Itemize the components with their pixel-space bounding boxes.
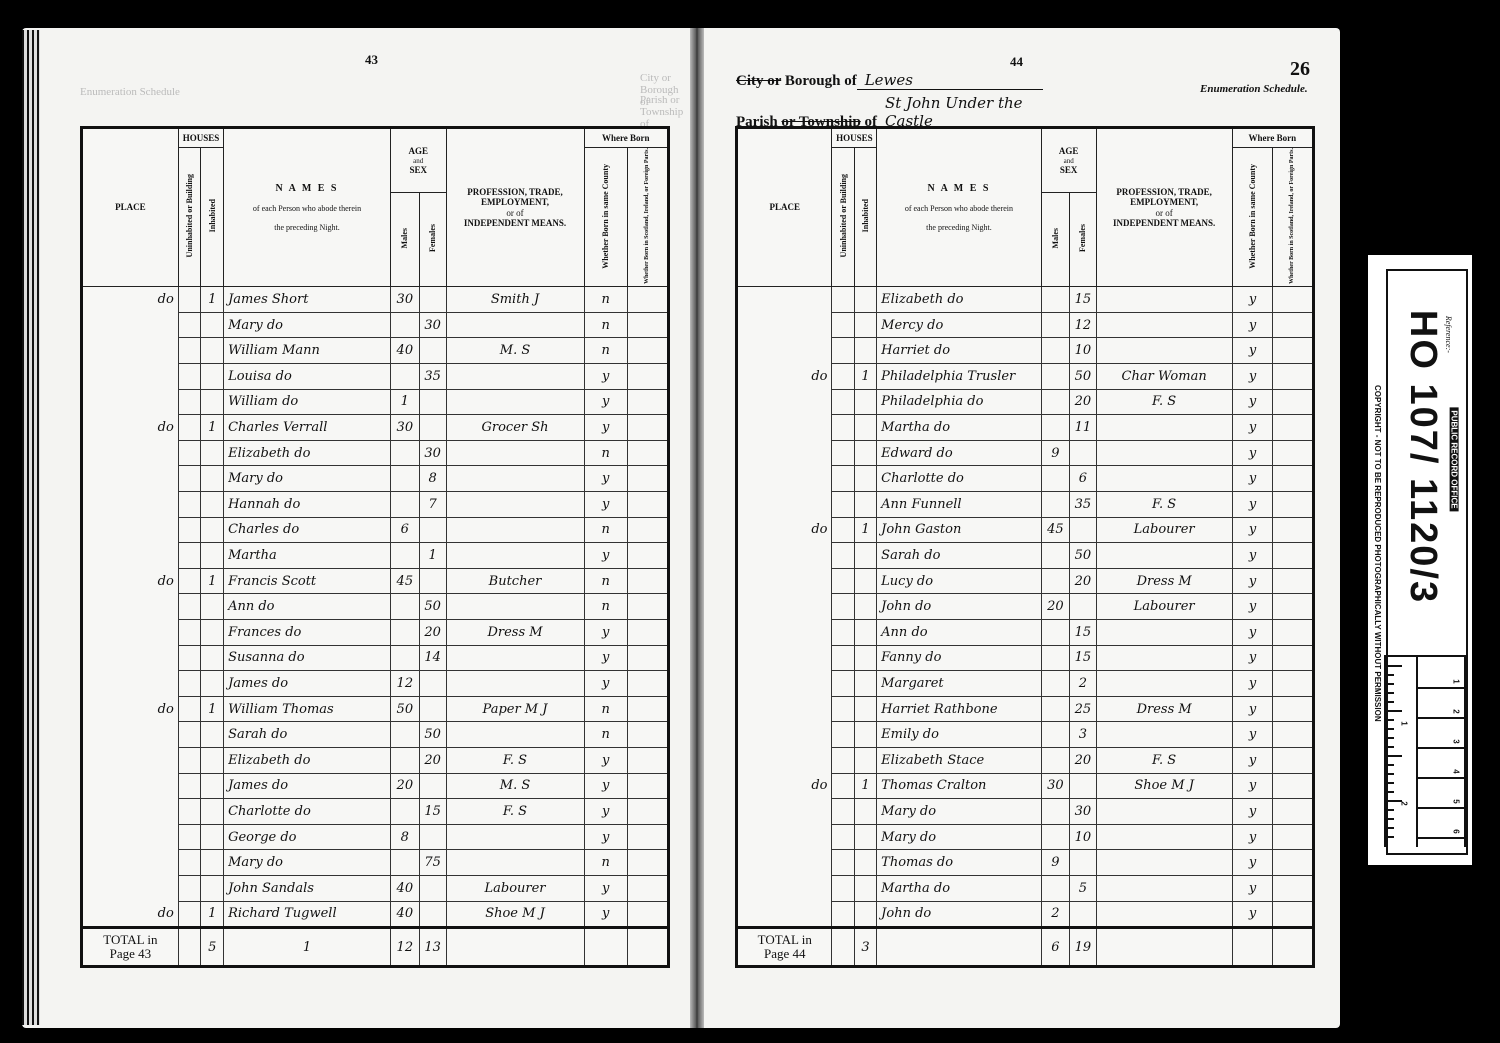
- cell-place: [82, 517, 179, 543]
- ruler-label: 3: [1452, 739, 1461, 743]
- cell-females: [1070, 594, 1096, 620]
- cell-name: William Mann: [224, 338, 391, 364]
- header-names: N A M E S of each Person who abode there…: [224, 128, 391, 287]
- cell-profession: [446, 440, 584, 466]
- cell-females: 30: [1070, 799, 1096, 825]
- cell-inhabited: [201, 594, 224, 620]
- table-row: Philadelphia do20F. Sy: [737, 389, 1314, 415]
- cell-females: 20: [1070, 568, 1096, 594]
- cell-profession: M. S: [446, 338, 584, 364]
- cell-uninhabited: [178, 722, 201, 748]
- cell-uninhabited: [178, 773, 201, 799]
- cell-males: 2: [1041, 901, 1069, 928]
- cell-profession: M. S: [446, 773, 584, 799]
- header-houses: HOUSES: [832, 128, 877, 148]
- cell-females: 20: [419, 619, 446, 645]
- table-row: Elizabeth do30n: [82, 440, 669, 466]
- cell-name: Elizabeth do: [224, 440, 391, 466]
- cell-place: do: [82, 287, 179, 313]
- total-empty: [1232, 928, 1273, 967]
- table-row: do1James Short30Smith Jn: [82, 287, 669, 313]
- cell-inhabited: [201, 773, 224, 799]
- cell-name: Ann Funnell: [877, 492, 1042, 518]
- cell-same-county: y: [1232, 645, 1273, 671]
- cell-same-county: y: [1232, 364, 1273, 390]
- cell-profession: [1096, 466, 1232, 492]
- cell-place: [82, 338, 179, 364]
- cell-same-county: y: [1232, 415, 1273, 441]
- cell-same-county: y: [584, 747, 627, 773]
- ruler-tick: [1386, 773, 1394, 775]
- cell-males: 1: [390, 389, 419, 415]
- cell-name: Martha: [224, 543, 391, 569]
- cell-profession: Grocer Sh: [446, 415, 584, 441]
- cell-place: [82, 364, 179, 390]
- cell-females: 7: [419, 492, 446, 518]
- cell-place: [82, 773, 179, 799]
- cell-uninhabited: [832, 364, 854, 390]
- cell-uninhabited: [178, 338, 201, 364]
- cell-uninhabited: [832, 415, 854, 441]
- cell-females: 75: [419, 850, 446, 876]
- cell-name: Mary do: [224, 312, 391, 338]
- cell-inhabited: 1: [854, 517, 876, 543]
- cell-males: [1041, 824, 1069, 850]
- cell-same-county: y: [584, 799, 627, 825]
- table-row: Emily do3y: [737, 722, 1314, 748]
- cell-females: [419, 671, 446, 697]
- scotland-label: Whether Born in Scotland, Ireland, or Fo…: [1289, 148, 1296, 284]
- cell-females: 25: [1070, 696, 1096, 722]
- cell-scotland: [1273, 619, 1314, 645]
- cell-name: Frances do: [224, 619, 391, 645]
- cell-males: 30: [390, 415, 419, 441]
- cell-profession: Dress M: [446, 619, 584, 645]
- table-row: Harriet Rathbone25Dress My: [737, 696, 1314, 722]
- cell-place: [82, 619, 179, 645]
- males-label: Males: [1051, 228, 1060, 248]
- borough-line: City or Borough ofLewes: [736, 71, 1043, 90]
- prof-3: or of: [1097, 208, 1232, 218]
- table-row: Sarah do50y: [737, 543, 1314, 569]
- table-row: Hannah do7y: [82, 492, 669, 518]
- table-row: Charlotte do6y: [737, 466, 1314, 492]
- table-row: Martha1y: [82, 543, 669, 569]
- cell-scotland: [1273, 773, 1314, 799]
- cell-same-county: y: [584, 364, 627, 390]
- cell-uninhabited: [832, 517, 854, 543]
- cell-same-county: n: [584, 440, 627, 466]
- cell-profession: [446, 364, 584, 390]
- header-uninhabited: Uninhabited or Building: [832, 148, 854, 287]
- inhabited-label: Inhabited: [861, 199, 870, 232]
- cell-males: [1041, 875, 1069, 901]
- cell-uninhabited: [832, 594, 854, 620]
- cell-scotland: [627, 517, 668, 543]
- table-row: Ann do50n: [82, 594, 669, 620]
- cell-same-county: y: [1232, 747, 1273, 773]
- ruler-tick: [1386, 782, 1394, 784]
- cell-same-county: y: [584, 901, 627, 928]
- cell-name: John do: [877, 594, 1042, 620]
- public-record-office: PUBLIC RECORD OFFICE: [1450, 407, 1459, 511]
- cell-scotland: [1273, 415, 1314, 441]
- table-row: William Mann40M. Sn: [82, 338, 669, 364]
- cell-profession: F. S: [446, 799, 584, 825]
- cell-profession: Shoe M J: [446, 901, 584, 928]
- total-empty: [446, 928, 584, 967]
- book-spine-left: [22, 30, 40, 1025]
- cell-place: [82, 466, 179, 492]
- table-row: do1Thomas Cralton30Shoe M Jy: [737, 773, 1314, 799]
- cell-name: Mary do: [224, 850, 391, 876]
- cell-males: [390, 466, 419, 492]
- cell-males: [390, 747, 419, 773]
- cell-inhabited: [854, 850, 876, 876]
- cell-same-county: y: [584, 415, 627, 441]
- census-table-left: PLACE HOUSES N A M E S of each Person wh…: [80, 126, 670, 968]
- cell-inhabited: [854, 543, 876, 569]
- table-row: Sarah do50n: [82, 722, 669, 748]
- cell-same-county: n: [584, 722, 627, 748]
- same-county-label: Whether Born in same County: [601, 164, 610, 269]
- measuring-ruler: 12345612: [1384, 655, 1466, 847]
- cell-name: Emily do: [877, 722, 1042, 748]
- cell-inhabited: [201, 312, 224, 338]
- cell-males: [1041, 799, 1069, 825]
- cell-males: 30: [1041, 773, 1069, 799]
- right-page-number: 44: [1010, 54, 1023, 70]
- cell-inhabited: [854, 492, 876, 518]
- females-label: Females: [428, 224, 437, 252]
- cell-uninhabited: [178, 799, 201, 825]
- cell-inhabited: [854, 645, 876, 671]
- cell-name: Martha do: [877, 415, 1042, 441]
- cell-females: 15: [419, 799, 446, 825]
- cell-males: 8: [390, 824, 419, 850]
- cell-scotland: [627, 875, 668, 901]
- cell-place: [82, 543, 179, 569]
- cell-name: Charles do: [224, 517, 391, 543]
- scotland-label: Whether Born in Scotland, Ireland, or Fo…: [644, 148, 651, 284]
- cell-inhabited: [854, 875, 876, 901]
- cell-inhabited: [854, 696, 876, 722]
- cell-place: [82, 594, 179, 620]
- cell-uninhabited: [178, 568, 201, 594]
- cell-males: 50: [390, 696, 419, 722]
- table-row: Elizabeth Stace20F. Sy: [737, 747, 1314, 773]
- total-label: TOTAL inPage 43: [82, 928, 179, 967]
- census-table-right: PLACE HOUSES N A M E S of each Person wh…: [735, 126, 1315, 968]
- ruler-label: 1: [1452, 679, 1461, 683]
- cell-males: [1041, 747, 1069, 773]
- cell-same-county: n: [584, 312, 627, 338]
- names-title: N A M E S: [224, 183, 390, 195]
- cell-scotland: [1273, 850, 1314, 876]
- age-title: AGE: [1042, 146, 1096, 156]
- cell-males: [1041, 389, 1069, 415]
- cell-same-county: y: [1232, 901, 1273, 928]
- left-ghost-enum: Enumeration Schedule: [80, 86, 180, 98]
- cell-inhabited: [854, 799, 876, 825]
- age-sex: SEX: [391, 165, 446, 175]
- cell-females: 14: [419, 645, 446, 671]
- cell-males: [1041, 312, 1069, 338]
- total-row: TOTAL inPage 43511213: [82, 928, 669, 967]
- census-rows-right: Elizabeth do15yMercy do12yHarriet do10yd…: [737, 287, 1314, 967]
- cell-name: Mary do: [877, 799, 1042, 825]
- cell-profession: [446, 517, 584, 543]
- header-females: Females: [1070, 193, 1096, 287]
- males-label: Males: [400, 228, 409, 248]
- cell-scotland: [627, 338, 668, 364]
- cell-place: [82, 492, 179, 518]
- cell-males: [1041, 364, 1069, 390]
- total-males: 12: [390, 928, 419, 967]
- cell-place: [737, 415, 832, 441]
- cell-inhabited: [201, 492, 224, 518]
- cell-inhabited: [854, 466, 876, 492]
- table-row: do1John Gaston45Labourery: [737, 517, 1314, 543]
- cell-profession: F. S: [1096, 492, 1232, 518]
- total-empty: [627, 928, 668, 967]
- cell-scotland: [627, 850, 668, 876]
- cell-same-county: y: [584, 875, 627, 901]
- cell-profession: [1096, 287, 1232, 313]
- table-row: Charles do6n: [82, 517, 669, 543]
- uninhabited-label: Uninhabited or Building: [185, 174, 194, 257]
- total-females: 19: [1070, 928, 1096, 967]
- cell-uninhabited: [832, 773, 854, 799]
- cell-same-county: y: [1232, 338, 1273, 364]
- cell-scotland: [627, 364, 668, 390]
- cell-uninhabited: [178, 312, 201, 338]
- cell-males: [1041, 466, 1069, 492]
- header-where-born: Where Born: [1232, 128, 1313, 148]
- cell-profession: Dress M: [1096, 696, 1232, 722]
- table-row: Lucy do20Dress My: [737, 568, 1314, 594]
- cell-same-county: y: [1232, 773, 1273, 799]
- cell-same-county: y: [1232, 466, 1273, 492]
- table-row: Charlotte do15F. Sy: [82, 799, 669, 825]
- total-label-line2: Page 43: [87, 947, 174, 961]
- ruler-tick: [1386, 692, 1394, 694]
- cell-scotland: [627, 543, 668, 569]
- age-sex: SEX: [1042, 165, 1096, 175]
- total-empty: [832, 928, 854, 967]
- cell-place: [737, 722, 832, 748]
- cell-name: James do: [224, 671, 391, 697]
- cell-males: [1041, 696, 1069, 722]
- cell-females: [419, 773, 446, 799]
- total-empty: [1096, 928, 1232, 967]
- cell-scotland: [1273, 901, 1314, 928]
- cell-same-county: y: [1232, 568, 1273, 594]
- cell-uninhabited: [178, 875, 201, 901]
- table-row: Elizabeth do15y: [737, 287, 1314, 313]
- cell-inhabited: [201, 850, 224, 876]
- table-row: John Sandals40Labourery: [82, 875, 669, 901]
- cell-same-county: y: [584, 389, 627, 415]
- cell-females: [419, 415, 446, 441]
- cell-same-county: n: [584, 287, 627, 313]
- cell-same-county: y: [1232, 440, 1273, 466]
- cell-name: Martha do: [877, 875, 1042, 901]
- ruler-tick-major: [1418, 717, 1464, 719]
- table-row: Thomas do9y: [737, 850, 1314, 876]
- cell-females: 2: [1070, 671, 1096, 697]
- cell-inhabited: [201, 440, 224, 466]
- cell-females: 10: [1070, 338, 1096, 364]
- cell-place: [737, 799, 832, 825]
- cell-inhabited: [854, 287, 876, 313]
- cell-profession: [1096, 312, 1232, 338]
- cell-uninhabited: [832, 466, 854, 492]
- cell-place: do: [82, 415, 179, 441]
- table-row: do1Francis Scott45Butchern: [82, 568, 669, 594]
- cell-name: Edward do: [877, 440, 1042, 466]
- cell-profession: [446, 722, 584, 748]
- cell-females: 50: [1070, 364, 1096, 390]
- cell-females: [419, 696, 446, 722]
- cell-place: [737, 901, 832, 928]
- cell-same-county: y: [584, 645, 627, 671]
- cell-uninhabited: [832, 645, 854, 671]
- cell-females: [1070, 901, 1096, 928]
- cell-place: [82, 824, 179, 850]
- cell-place: [737, 696, 832, 722]
- ruler-label: 5: [1452, 799, 1461, 803]
- total-name: 1: [224, 928, 391, 967]
- cell-same-county: y: [1232, 287, 1273, 313]
- table-row: Martha do5y: [737, 875, 1314, 901]
- cell-inhabited: 1: [201, 696, 224, 722]
- total-females: 13: [419, 928, 446, 967]
- cell-place: [737, 850, 832, 876]
- cell-same-county: y: [1232, 594, 1273, 620]
- cell-males: [1041, 568, 1069, 594]
- cell-profession: Labourer: [446, 875, 584, 901]
- cell-profession: Paper M J: [446, 696, 584, 722]
- prof-3: or of: [447, 208, 584, 218]
- cell-scotland: [1273, 875, 1314, 901]
- cell-inhabited: 1: [201, 568, 224, 594]
- header-where-born: Where Born: [584, 128, 669, 148]
- cell-place: [737, 875, 832, 901]
- cell-place: [737, 389, 832, 415]
- cell-males: [1041, 619, 1069, 645]
- cell-scotland: [627, 568, 668, 594]
- table-row: do1Richard Tugwell40Shoe M Jy: [82, 901, 669, 928]
- cell-females: 35: [1070, 492, 1096, 518]
- cell-uninhabited: [832, 287, 854, 313]
- cell-females: 20: [1070, 747, 1096, 773]
- cell-name: Louisa do: [224, 364, 391, 390]
- cell-inhabited: 1: [854, 773, 876, 799]
- cell-profession: Dress M: [1096, 568, 1232, 594]
- borough-struck: City or: [736, 73, 781, 89]
- cell-inhabited: 1: [201, 287, 224, 313]
- ruler-label-left: 1: [1400, 721, 1409, 725]
- total-row: TOTAL inPage 443619: [737, 928, 1314, 967]
- header-profession: PROFESSION, TRADE, EMPLOYMENT, or of IND…: [446, 128, 584, 287]
- cell-females: [1070, 517, 1096, 543]
- cell-females: [419, 338, 446, 364]
- cell-inhabited: [201, 747, 224, 773]
- cell-males: 40: [390, 875, 419, 901]
- table-row: Louisa do35y: [82, 364, 669, 390]
- cell-males: [1041, 338, 1069, 364]
- cell-females: 20: [419, 747, 446, 773]
- cell-males: [390, 364, 419, 390]
- cell-profession: [446, 389, 584, 415]
- cell-inhabited: [854, 415, 876, 441]
- cell-profession: [446, 824, 584, 850]
- cell-name: Fanny do: [877, 645, 1042, 671]
- cell-name: Philadelphia do: [877, 389, 1042, 415]
- cell-scotland: [627, 492, 668, 518]
- cell-uninhabited: [178, 517, 201, 543]
- table-row: James do12y: [82, 671, 669, 697]
- census-rows-left: do1James Short30Smith JnMary do30nWillia…: [82, 287, 669, 967]
- cell-name: Philadelphia Trusler: [877, 364, 1042, 390]
- ruler-tick: [1386, 746, 1394, 748]
- cell-name: Elizabeth do: [877, 287, 1042, 313]
- cell-females: 50: [1070, 543, 1096, 569]
- cell-females: [1070, 440, 1096, 466]
- same-county-label: Whether Born in same County: [1248, 164, 1257, 269]
- ruler-tick-major: [1418, 777, 1464, 779]
- prof-4: INDEPENDENT MEANS.: [1097, 218, 1232, 228]
- cell-scotland: [627, 824, 668, 850]
- cell-scotland: [627, 594, 668, 620]
- cell-name: Thomas Cralton: [877, 773, 1042, 799]
- cell-name: Mary do: [224, 466, 391, 492]
- header-scotland: Whether Born in Scotland, Ireland, or Fo…: [1273, 148, 1314, 287]
- total-label-line1: TOTAL in: [742, 933, 827, 947]
- cell-uninhabited: [178, 824, 201, 850]
- cell-males: [1041, 543, 1069, 569]
- cell-inhabited: [854, 747, 876, 773]
- header-houses: HOUSES: [178, 128, 223, 148]
- cell-inhabited: [201, 543, 224, 569]
- cell-scotland: [627, 466, 668, 492]
- cell-place: do: [82, 568, 179, 594]
- cell-inhabited: [854, 568, 876, 594]
- cell-males: [1041, 722, 1069, 748]
- cell-inhabited: 1: [854, 364, 876, 390]
- cell-females: [1070, 773, 1096, 799]
- cell-inhabited: [201, 619, 224, 645]
- cell-place: [82, 671, 179, 697]
- names-title: N A M E S: [877, 183, 1041, 195]
- cell-inhabited: [201, 466, 224, 492]
- cell-males: [390, 645, 419, 671]
- cell-place: [737, 492, 832, 518]
- cell-place: [737, 824, 832, 850]
- cell-males: 45: [1041, 517, 1069, 543]
- cell-scotland: [627, 287, 668, 313]
- table-row: John do20Labourery: [737, 594, 1314, 620]
- header-inhabited: Inhabited: [201, 148, 224, 287]
- cell-inhabited: [854, 312, 876, 338]
- cell-name: George do: [224, 824, 391, 850]
- cell-uninhabited: [832, 850, 854, 876]
- cell-same-county: n: [584, 850, 627, 876]
- cell-name: Elizabeth do: [224, 747, 391, 773]
- cell-inhabited: [201, 671, 224, 697]
- cell-name: Sarah do: [224, 722, 391, 748]
